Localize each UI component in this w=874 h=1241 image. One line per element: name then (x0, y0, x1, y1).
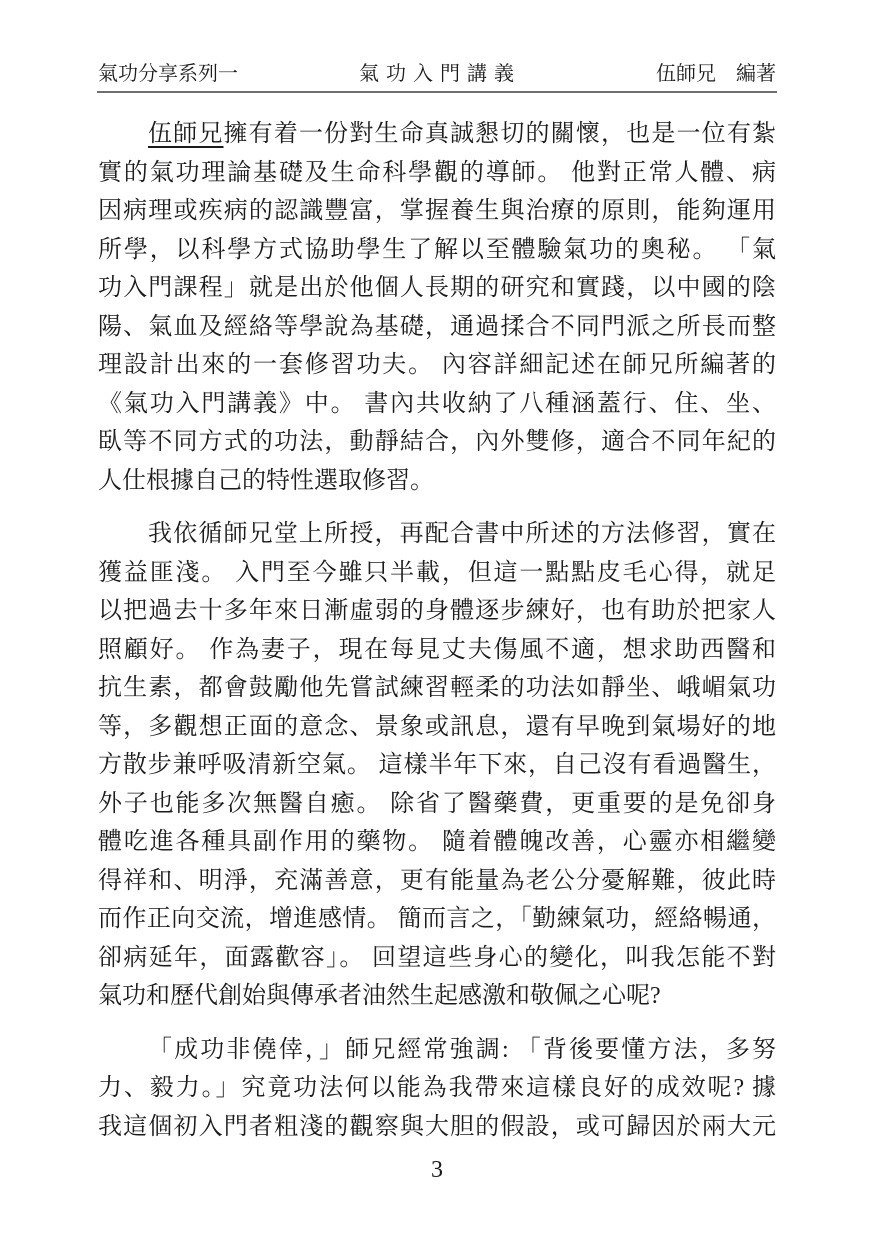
page-footer: 3 (0, 1156, 874, 1184)
text-line: 得祥和、明淨，充滿善意，更有能量為老公分憂解難，彼此時 (98, 862, 776, 901)
header-rule (97, 91, 777, 93)
document-page: 氣功分享系列一 氣 功 入 門 講 義 伍師兄 編著 伍師兄擁有着一份對生命真誠… (0, 0, 874, 1241)
text-line: 體吃進各種具副作用的藥物。 隨着體魄改善，心靈亦相繼變 (98, 823, 776, 862)
text-line: 我依循師兄堂上所授，再配合書中所述的方法修習，實在 (98, 515, 776, 554)
text-line: 實的氣功理論基礎及生命科學觀的導師。 他對正常人體、病 (98, 154, 776, 193)
text-line: 臥等不同方式的功法，動靜結合，內外雙修，適合不同年紀的 (98, 423, 776, 462)
page-number: 3 (431, 1157, 443, 1183)
text-line: 而作正向交流，增進感情。 簡而言之，「勤練氣功，經絡暢通， (98, 900, 776, 939)
text-line: 我這個初入門者粗淺的觀察與大胆的假設，或可歸因於兩大元 (98, 1108, 776, 1147)
text-line: 「成功非僥倖，」師兄經常強調: 「背後要懂方法，多努 (98, 1031, 776, 1070)
text-line: 獲益匪淺。 入門至今雖只半載，但這一點點皮毛心得，就足 (98, 554, 776, 593)
header-series-label: 氣功分享系列一 (98, 60, 238, 88)
text-line: 伍師兄擁有着一份對生命真誠懇切的關懷，也是一位有紮 (98, 115, 776, 154)
text-line: 照顧好。 作為妻子，現在每見丈夫傷風不適，想求助西醫和 (98, 631, 776, 670)
header-book-title: 氣 功 入 門 講 義 (359, 60, 515, 88)
text-line: 陽、氣血及經絡等學說為基礎，通過揉合不同門派之所長而整 (98, 308, 776, 347)
text-line: 抗生素，都會鼓勵他先嘗試練習輕柔的功法如靜坐、峨嵋氣功 (98, 669, 776, 708)
paragraph: 「成功非僥倖，」師兄經常強調: 「背後要懂方法，多努力、毅力。」究竟功法何以能為… (98, 1031, 776, 1147)
text-line: 力、毅力。」究竟功法何以能為我帶來這樣良好的成效呢? 據 (98, 1069, 776, 1108)
text-line: 功入門課程」就是出於他個人長期的研究和實踐，以中國的陰 (98, 269, 776, 308)
text-line: 卻病延年，面露歡容」。 回望這些身心的變化，叫我怎能不對 (98, 939, 776, 978)
text-line: 人仕根據自己的特性選取修習。 (98, 462, 776, 501)
text-line: 方散步兼呼吸清新空氣。 這樣半年下來，自己沒有看過醫生， (98, 746, 776, 785)
text-line: 等，多觀想正面的意念、景象或訊息，還有早晚到氣場好的地 (98, 708, 776, 747)
text-line: 所學，以科學方式協助學生了解以至體驗氣功的奧秘。 「氣 (98, 231, 776, 270)
text-line: 理設計出來的一套修習功夫。 內容詳細記述在師兄所編著的 (98, 346, 776, 385)
header-author-label: 伍師兄 編著 (656, 60, 776, 88)
paragraph: 伍師兄擁有着一份對生命真誠懇切的關懷，也是一位有紮實的氣功理論基礎及生命科學觀的… (98, 115, 776, 500)
text-line: 外子也能多次無醫自癒。 除省了醫藥費，更重要的是免卻身 (98, 785, 776, 824)
document-body: 伍師兄擁有着一份對生命真誠懇切的關懷，也是一位有紮實的氣功理論基礎及生命科學觀的… (98, 115, 776, 1146)
text-line: 以把過去十多年來日漸虛弱的身體逐步練好，也有助於把家人 (98, 592, 776, 631)
text-line: 《氣功入門講義》中。 書內共收納了八種涵蓋行、住、坐、 (98, 385, 776, 424)
text-line: 因病理或疾病的認識豐富，掌握養生與治療的原則，能夠運用 (98, 192, 776, 231)
text-line: 氣功和歷代創始與傳承者油然生起感激和敬佩之心呢? (98, 977, 776, 1016)
page-header: 氣功分享系列一 氣 功 入 門 講 義 伍師兄 編著 (98, 60, 776, 88)
underlined-author-name: 伍師兄 (148, 121, 224, 147)
paragraph: 我依循師兄堂上所授，再配合書中所述的方法修習，實在獲益匪淺。 入門至今雖只半載，… (98, 515, 776, 1016)
